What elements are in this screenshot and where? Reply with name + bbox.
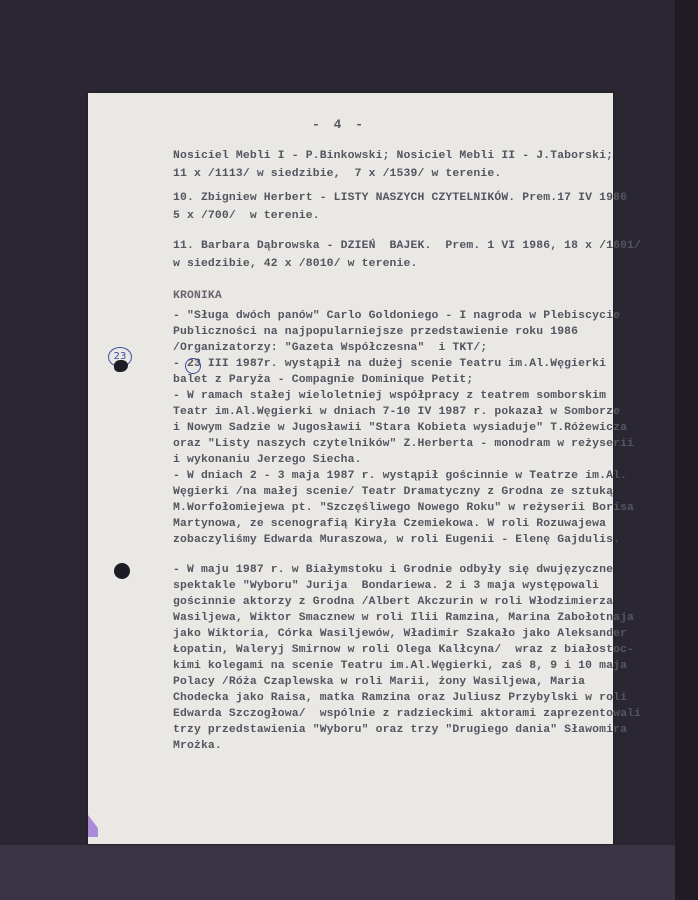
text-line: 10. Zbigniew Herbert - LISTY NASZYCH CZY… [173,192,627,204]
text-line: zobaczyliśmy Edwarda Muraszowa, w roli E… [173,534,620,546]
text-line: jako Wiktoria, Córka Wasiljewów, Władimi… [173,628,627,640]
text-line: Publiczności na najpopularniejsze przeds… [173,326,578,338]
text-line: oraz "Listy naszych czytelników" Z.Herbe… [173,438,634,450]
scanner-edge [675,0,698,900]
page-number: - 4 - [312,117,366,132]
text-line: kimi kolegami na scenie Teatru im.Al.Węg… [173,660,627,672]
text-line: 5 x /700/ w terenie. [173,210,320,222]
punch-hole [114,563,130,579]
text-line: 11. Barbara Dąbrowska - DZIEŃ BAJEK. Pre… [173,240,641,252]
text-line: trzy przedstawienia "Wyboru" oraz trzy "… [173,724,627,736]
text-line: balet z Paryża - Compagnie Dominique Pet… [173,374,473,386]
text-line: spektakle "Wyboru" Jurija Bondariewa. 2 … [173,580,599,592]
text-line: Węgierki /na małej scenie/ Teatr Dramaty… [173,486,613,498]
text-line: Mrożka. [173,740,222,752]
text-line: - W ramach stałej wieloletniej współprac… [173,390,606,402]
text-line: /Organizatorzy: "Gazeta Współczesna" i T… [173,342,487,354]
text-line: i Nowym Sadzie w Jugosławii "Stara Kobie… [173,422,627,434]
text-line: Teatr im.Al.Węgierki w dniach 7-10 IV 19… [173,406,620,418]
text-line: Chodecka jako Raisa, matka Ramzina oraz … [173,692,627,704]
text-line: Wasiljewa, Wiktor Smacznew w roli Ilii R… [173,612,634,624]
section-heading: KRONIKA [173,290,222,302]
text-line: - W dniach 2 - 3 maja 1987 r. wystąpił g… [173,470,627,482]
text-line: Polacy /Róża Czaplewska w roli Marii, żo… [173,676,585,688]
text-line: M.Worfołomiejewa pt. "Szczęśliwego Noweg… [173,502,634,514]
text-line: 11 x /1113/ w siedzibie, 7 x /1539/ w te… [173,168,501,180]
scanner-background [0,845,698,900]
text-line: Edwarda Szczogłowa/ wspólnie z radziecki… [173,708,641,720]
handwritten-date-circle [185,358,201,374]
text-line: Łopatin, Waleryj Smirnow w roli Olega Ka… [173,644,634,656]
text-line: i wykonaniu Jerzego Siecha. [173,454,362,466]
text-line: w siedzibie, 42 x /8010/ w terenie. [173,258,418,270]
text-line: gościnnie aktorzy z Grodna /Albert Akczu… [173,596,613,608]
text-line: - 23 III 1987r. wystąpił na dużej scenie… [173,358,606,370]
text-line: - "Sługa dwóch panów" Carlo Goldoniego -… [173,310,620,322]
text-line: - W maju 1987 r. w Białymstoku i Grodnie… [173,564,613,576]
text-line: Martynowa, ze scenografią Kiryła Czemiek… [173,518,606,530]
text-line: Nosiciel Mebli I - P.Binkowski; Nosiciel… [173,150,613,162]
